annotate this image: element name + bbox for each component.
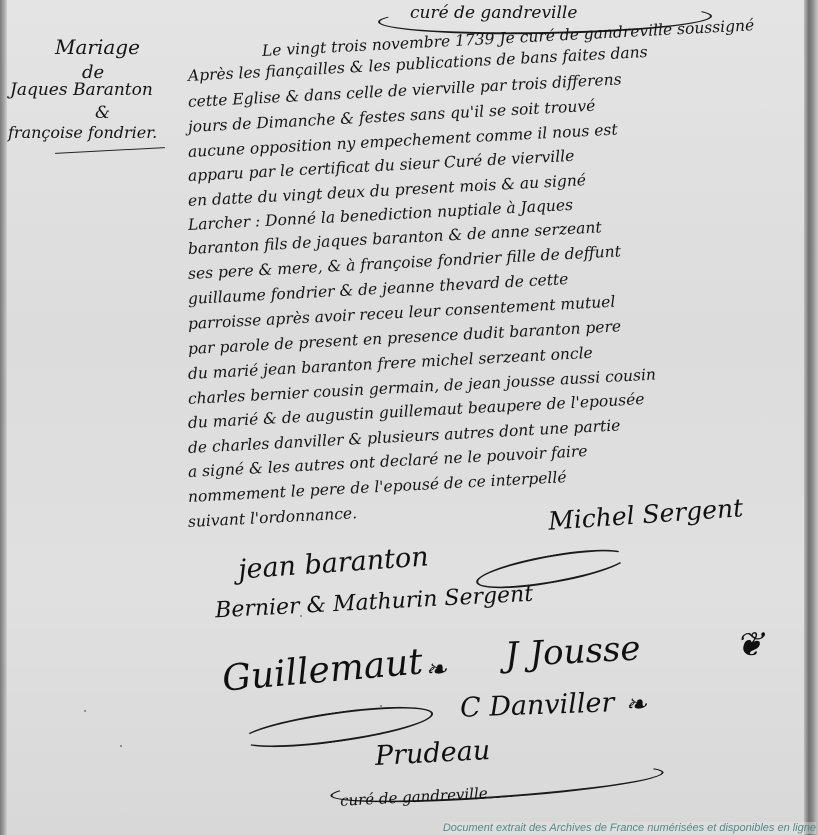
header-cure-signature: curé de gandreville [410, 3, 577, 23]
body-line: suivant l'ordonnance. [188, 504, 358, 531]
margin-title: Mariage [55, 35, 140, 59]
signature-jousse: J Jousse [504, 628, 641, 675]
paraph-mark: ❧ [425, 655, 447, 685]
register-page-scan: curé de gandreville Mariage de Jaques Ba… [0, 0, 818, 835]
margin-groom-name: Jaques Baranton [10, 80, 153, 100]
signature-prudeau: Prudeau [374, 735, 491, 772]
signature-jean-baranton: jean baranton [237, 541, 429, 585]
page-binding-fold [804, 0, 818, 835]
paper-speck [120, 745, 122, 747]
margin-ampersand: & [95, 103, 110, 123]
margin-underline [55, 147, 165, 154]
margin-bride-name: françoise fondrier. [8, 123, 157, 142]
paraph-mark: ❦ [735, 625, 764, 665]
signature-guillemaut: Guillemaut [221, 641, 425, 699]
page-left-edge [0, 0, 7, 835]
signature-danviller: C Danviller [460, 687, 615, 723]
paper-speck [380, 705, 382, 707]
paper-speck [84, 710, 86, 712]
paraph-mark: ❧ [625, 690, 647, 720]
paper-speck [300, 615, 302, 617]
archive-watermark: Document extrait des Archives de France … [443, 822, 816, 834]
signature-bernier-mathurin: Bernier & Mathurin Sergent [215, 582, 534, 624]
signature-michel-sergent: Michel Sergent [547, 493, 744, 536]
